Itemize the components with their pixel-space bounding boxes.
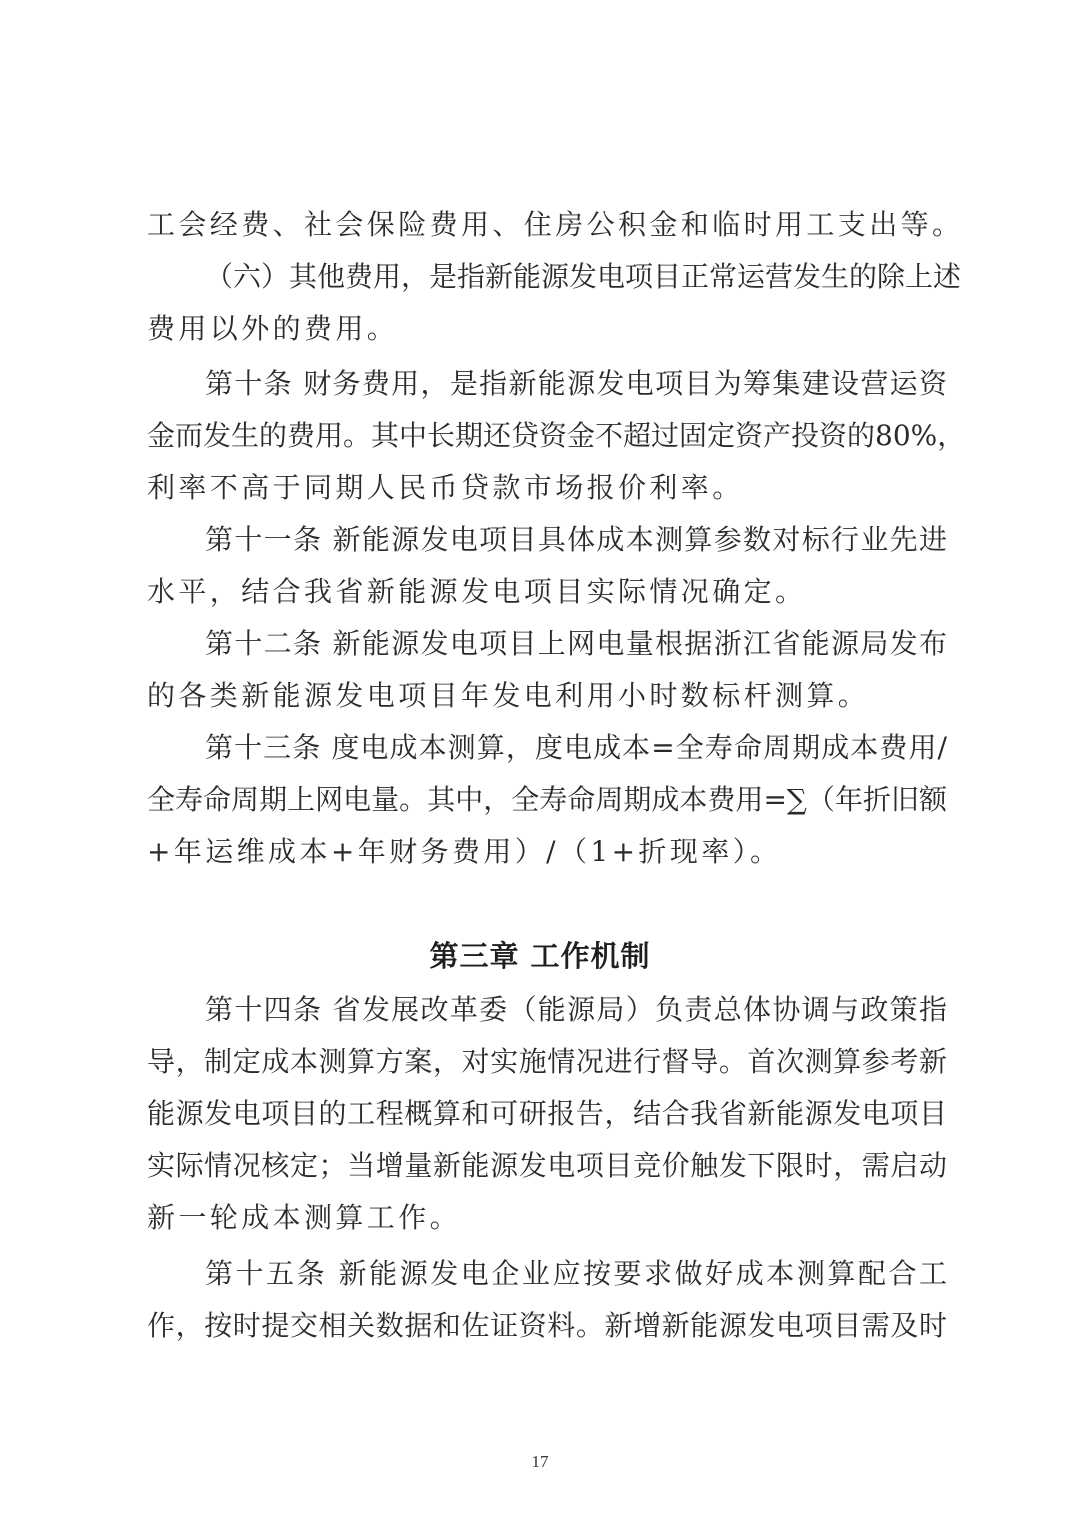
text-line: 的各类新能源发电项目年发电利用小时数标杆测算。: [147, 678, 947, 714]
document-page: 工会经费、社会保险费用、住房公积金和临时用工支出等。（六）其他费用，是指新能源发…: [0, 0, 1080, 1527]
text-line: 作，按时提交相关数据和佐证资料。新增新能源发电项目需及时: [147, 1308, 947, 1344]
text-line: +年运维成本+年财务费用）/（1+折现率）。: [147, 834, 947, 870]
text-line: 第十四条 省发展改革委（能源局）负责总体协调与政策指: [205, 992, 947, 1028]
text-line: 第十三条 度电成本测算，度电成本=全寿命周期成本费用/: [205, 730, 947, 766]
page-number: 17: [0, 1452, 1080, 1472]
text-line: （六）其他费用，是指新能源发电项目正常运营发生的除上述: [205, 259, 947, 295]
text-line: 第十二条 新能源发电项目上网电量根据浙江省能源局发布: [205, 626, 947, 662]
text-line: 利率不高于同期人民币贷款市场报价利率。: [147, 470, 947, 506]
text-line: 实际情况核定；当增量新能源发电项目竞价触发下限时，需启动: [147, 1148, 947, 1184]
text-line: 导，制定成本测算方案，对实施情况进行督导。首次测算参考新: [147, 1044, 947, 1080]
text-line: 费用以外的费用。: [147, 311, 947, 347]
text-line: 全寿命周期上网电量。其中，全寿命周期成本费用=∑（年折旧额: [147, 782, 947, 818]
text-line: 新一轮成本测算工作。: [147, 1200, 947, 1236]
text-line: 工会经费、社会保险费用、住房公积金和临时用工支出等。: [147, 207, 947, 243]
text-line: 第十五条 新能源发电企业应按要求做好成本测算配合工: [205, 1256, 947, 1292]
text-line: 金而发生的费用。其中长期还贷资金不超过固定资产投资的80%，: [147, 418, 947, 454]
text-line: 第十一条 新能源发电项目具体成本测算参数对标行业先进: [205, 522, 947, 558]
text-line: 能源发电项目的工程概算和可研报告，结合我省新能源发电项目: [147, 1096, 947, 1132]
text-line: 水平，结合我省新能源发电项目实际情况确定。: [147, 574, 947, 610]
chapter-heading: 第三章 工作机制: [0, 938, 1080, 974]
text-line: 第十条 财务费用，是指新能源发电项目为筹集建设营运资: [205, 366, 947, 402]
